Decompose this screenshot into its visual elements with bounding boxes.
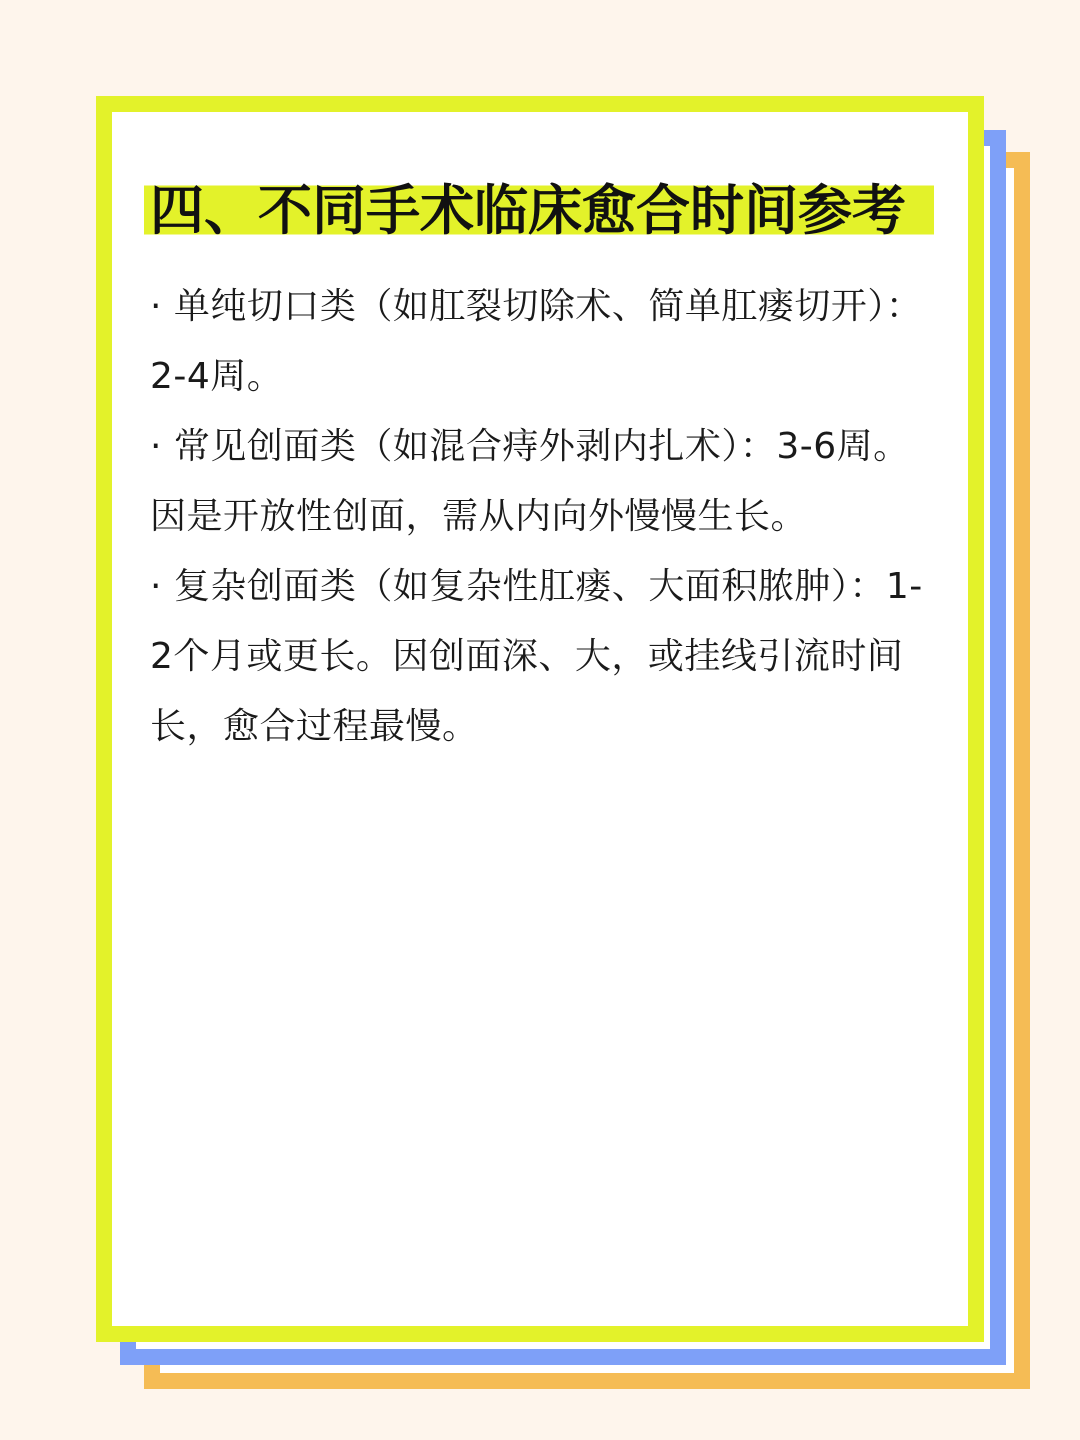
healing-time-list: · 单纯切口类（如肛裂切除术、简单肛瘘切开）：2-4周。 · 常见创面类（如混合…: [150, 272, 940, 762]
section-title: 四、不同手术临床愈合时间参考: [150, 176, 940, 246]
list-item-simple-incision: · 单纯切口类（如肛裂切除术、简单肛瘘切开）：2-4周。: [150, 272, 940, 412]
title-highlight: 四、不同手术临床愈合时间参考: [144, 179, 934, 242]
list-item-common-wound: · 常见创面类（如混合痔外剥内扎术）：3-6周。因是开放性创面，需从内向外慢慢生…: [150, 412, 940, 552]
list-item-complex-wound: · 复杂创面类（如复杂性肛瘘、大面积脓肿）：1-2个月或更长。因创面深、大，或挂…: [150, 552, 940, 762]
card-content: 四、不同手术临床愈合时间参考 · 单纯切口类（如肛裂切除术、简单肛瘘切开）：2-…: [150, 176, 940, 762]
